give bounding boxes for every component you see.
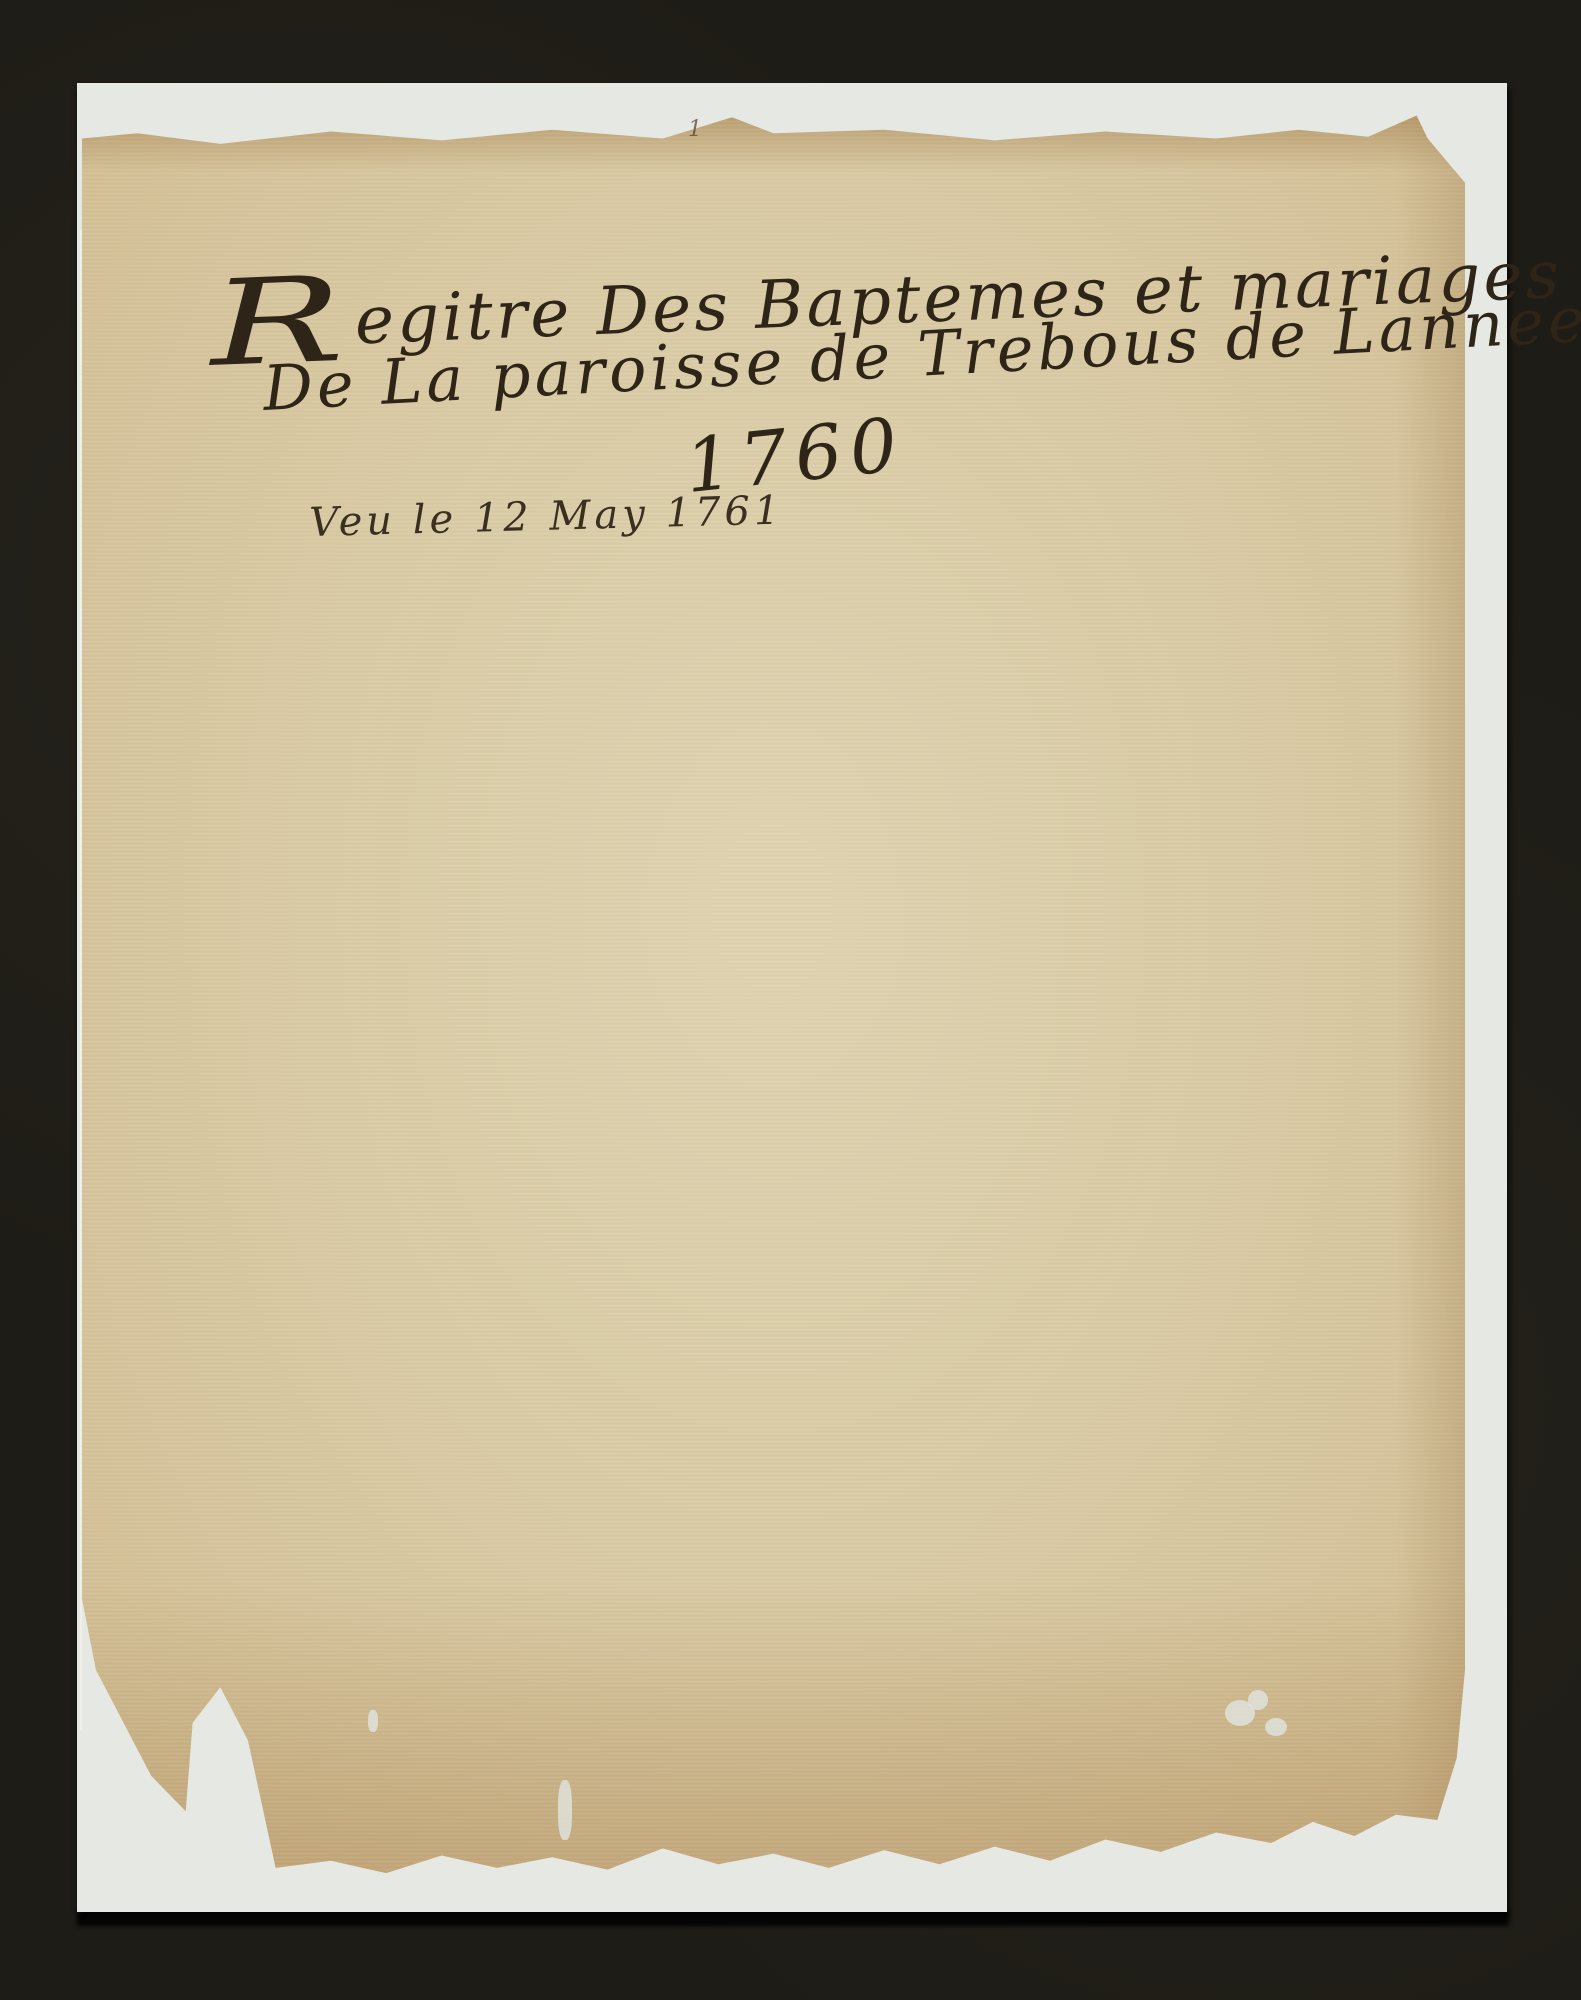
paper-hole-spot	[368, 1710, 378, 1732]
paper-hole-spot	[558, 1780, 572, 1840]
paper-hole-spot	[1265, 1718, 1287, 1736]
binding-thread	[80, 230, 82, 1730]
board-shadow	[77, 1912, 1509, 1926]
folio-number: 1	[688, 117, 703, 142]
paper-hole-spot	[1248, 1690, 1268, 1710]
